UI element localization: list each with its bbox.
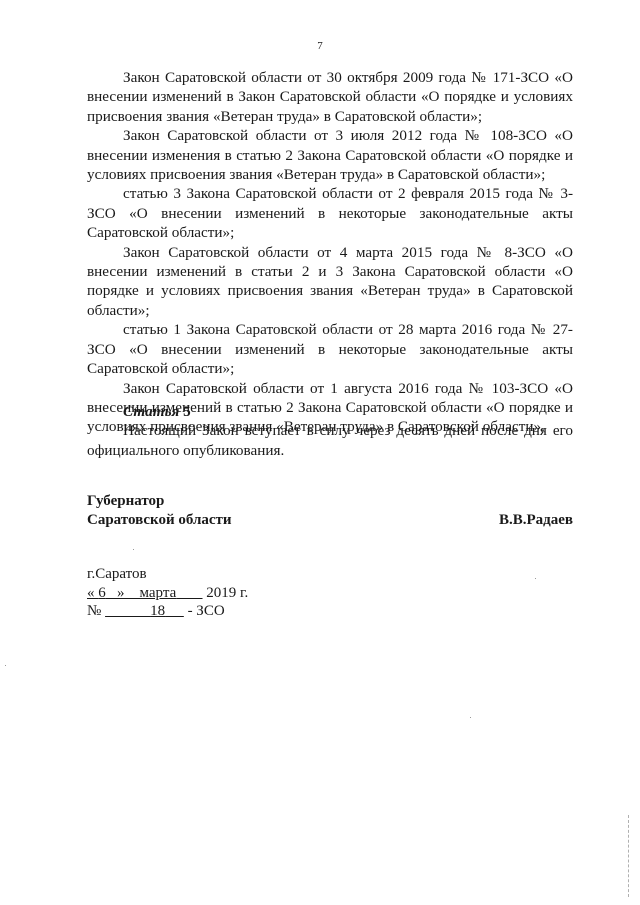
- date-day: 6: [98, 585, 106, 601]
- scan-edge-artifact: [628, 815, 630, 897]
- scan-speck: [5, 665, 6, 666]
- scan-speck: [133, 549, 134, 550]
- article-title-word: Статья: [123, 403, 179, 420]
- signatory-position-line1: Губернатор: [87, 492, 573, 511]
- number-sign: №: [87, 603, 101, 619]
- enactment-details: г.Саратов « 6 » марта 2019 г. № 18 - ЗСО: [87, 565, 248, 621]
- scan-speck: [470, 717, 471, 718]
- law-paragraph: статью 1 Закона Саратовской области от 2…: [87, 320, 573, 378]
- law-paragraph: Закон Саратовской области от 4 марта 201…: [87, 243, 573, 321]
- scan-speck: [535, 578, 536, 579]
- article-text: Настоящий Закон вступает в силу через де…: [87, 421, 573, 460]
- signatory-name: В.В.Радаев: [499, 511, 573, 530]
- law-paragraph: статью 3 Закона Саратовской области от 2…: [87, 184, 573, 242]
- amended-laws-list: Закон Саратовской области от 30 октября …: [87, 68, 573, 437]
- page-number: 7: [0, 40, 640, 52]
- date-month: марта: [140, 585, 177, 601]
- date-close-quote: »: [117, 585, 125, 601]
- law-number-suffix: - ЗСО: [188, 603, 225, 619]
- law-paragraph: Закон Саратовской области от 30 октября …: [87, 68, 573, 126]
- date-year: 2019 г.: [206, 585, 248, 601]
- law-number: 18: [150, 603, 165, 619]
- article-5: Статья 5 Настоящий Закон вступает в силу…: [87, 402, 573, 460]
- signature-block: Губернатор Саратовской области В.В.Радае…: [87, 492, 573, 530]
- enactment-number: № 18 - ЗСО: [87, 602, 248, 621]
- article-title-number: 5: [183, 403, 191, 420]
- enactment-city: г.Саратов: [87, 565, 248, 584]
- article-title: Статья 5: [87, 402, 573, 421]
- date-open-quote: «: [87, 585, 95, 601]
- law-paragraph: Закон Саратовской области от 3 июля 2012…: [87, 126, 573, 184]
- enactment-date: « 6 » марта 2019 г.: [87, 584, 248, 603]
